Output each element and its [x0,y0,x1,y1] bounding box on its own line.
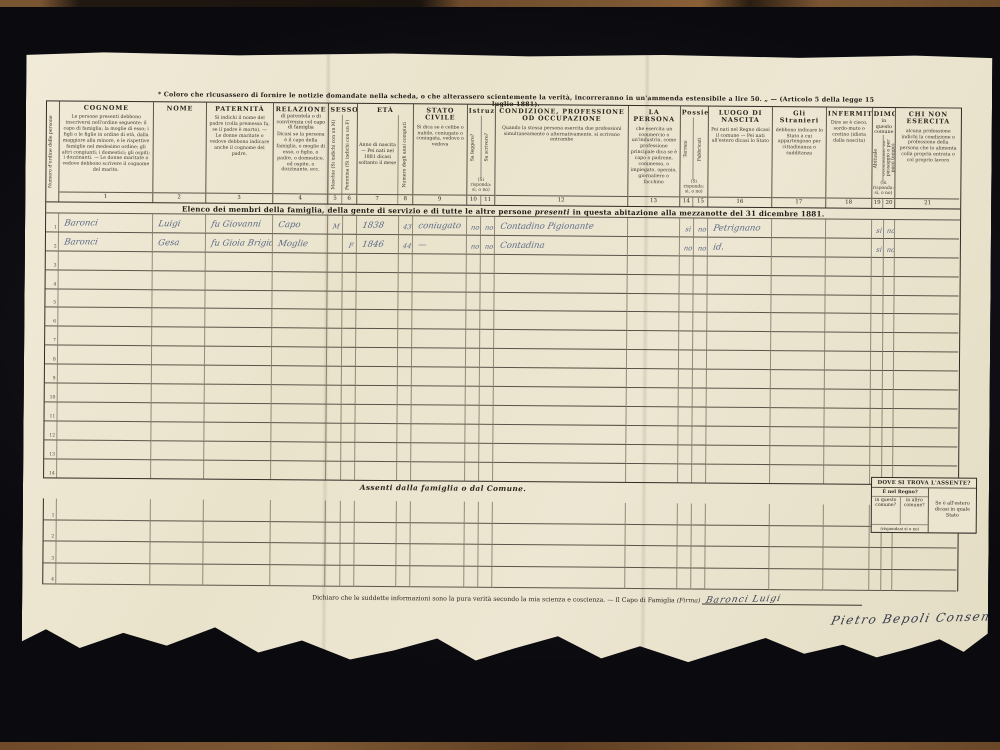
cell [706,464,770,483]
cell [466,254,480,273]
assenti-cell [203,521,270,543]
col-number-stato-civile: 9 [413,195,466,204]
cell [327,329,341,348]
col-number-sa-scrivere: 11 [481,196,495,205]
assenti-cell [270,543,326,565]
assenti-row-number: 3 [43,556,55,562]
header-col-cognome: COGNOMELe persone presenti debbono inscr… [59,101,154,202]
cell [343,216,357,235]
cell [871,333,883,352]
cell [480,387,494,406]
cell: no [694,218,708,237]
cell [412,386,466,405]
cell [152,346,205,365]
cell [825,371,871,390]
cell [494,387,627,407]
cell [412,330,466,349]
cell [626,369,678,388]
cell [271,442,327,461]
assenti-cell [410,544,464,566]
header-num-nome: 2 [153,192,205,202]
cell: sì [871,239,883,258]
header-col-dimora: DIMORAin questo comuneAbitualeOccasional… [872,108,897,208]
col-number-chi-non-esercita: 21 [896,199,960,209]
assenti-cell [881,548,893,570]
cell: Baronci [59,213,153,233]
wood-shelf-bottom [0,742,1000,750]
cell [771,314,825,333]
cell: Contadina [495,236,628,256]
cell [57,440,151,460]
cell [466,330,480,349]
cell [342,272,356,291]
header-subcol-sesso-m: Maschio (Si indichi con un M) [329,115,343,194]
cell [153,252,206,271]
ordine-label: Numero d'ordine delle persone [50,115,55,188]
cell [771,332,825,351]
header-col-la-persona: LA PERSONAche esercita un commercio o un… [628,106,681,206]
cell [693,332,707,351]
assenti-grid: 1234 [42,498,959,591]
header-num-cognome: 1 [59,191,152,202]
header-col-condizione: CONDIZIONE, PROFESSIONE OD OCCUPAZIONEQu… [495,105,628,206]
assenti-cell-ordine: 1 [44,498,57,520]
header-desc-cognome: Le persone presenti debbono inscriversi … [59,113,153,192]
assenti-cell-ordine: 4 [43,563,56,585]
cell [328,291,342,310]
cell [772,238,826,257]
header-num-luogo-nascita: 16 [708,197,771,207]
cell [824,408,870,427]
handwritten-entry: Gesa [153,239,180,251]
cell: no [481,217,495,236]
header-subcols-istruzione: Sa leggere?Sa scrivere? [467,116,495,178]
col-number-relazione: 4 [273,194,328,203]
table-header: Numero d'ordine delle personeCOGNOMELe p… [46,101,961,209]
assenti-cell [824,504,870,526]
assenti-cell [57,498,151,520]
cell [327,423,341,442]
cell [397,386,411,405]
assenti-cell [340,544,354,566]
assenti-cell [56,563,150,585]
cell [895,258,959,277]
cell: no [883,220,895,239]
cell [341,442,355,461]
assenti-cell [493,523,626,546]
cell [627,331,679,350]
handwritten-entry: 1846 [357,241,385,253]
assenti-cell [691,568,705,590]
header-title-istruzione: Istruzione [468,105,495,117]
cell [894,428,958,447]
handwritten-entry: Baronci [59,220,99,232]
assenti-cell [770,526,824,548]
cell [328,310,342,329]
cell [479,406,493,425]
handwritten-entry: F [342,243,356,253]
cell [398,254,412,273]
cell [771,370,825,389]
col-number-cognome: 1 [59,192,152,202]
rows-area: 1BaronciLuigifu GiovanniCapoM183843coniu… [44,213,960,485]
assenti-cell [478,545,492,567]
subcol-label-sesso-f: Femmina (Si indichi con un F) [347,119,352,189]
assenti-cell [823,547,869,569]
cell [771,389,825,408]
assenti-cell [410,523,464,545]
header-subcols-dimora: AbitualeOccasionale (di passaggio o per … [872,135,895,181]
cell [151,403,204,422]
cell [825,314,871,333]
cell [824,465,870,484]
cell [411,405,465,424]
cell [824,446,870,465]
header-num-stato-civile: 9 [413,194,466,204]
assenti-cell [340,501,354,523]
header-col-stranieri: Gli Stranieridebbono indicare lo Stato a… [772,107,827,207]
row-number: 2 [46,244,58,250]
cell [465,387,479,406]
cell: no [481,236,495,255]
assenti-cell [493,502,626,525]
header-subcols-possiede: TerreniFabbricati [680,118,708,180]
header-subcols-sesso: Maschio (Si indichi con un M)Femmina (Si… [329,115,357,194]
header-col-luogo-nascita: LUOGO DI NASCITAPei nati nel Regno dicas… [708,107,773,207]
handwritten-entry: no [883,247,895,257]
cell: Luigi [153,214,206,233]
handwritten-entry: — [413,242,428,254]
col-number-sesso-m: 5 [329,195,343,204]
assenti-cell-ordine: 3 [43,541,56,563]
cell [152,384,205,403]
handwritten-entry: fu Gioia Brigidi [206,240,273,252]
cell [271,404,327,423]
cell [341,461,355,480]
cell [398,367,412,386]
cell [152,328,205,347]
cell: fu Gioia Brigidi [206,234,273,253]
cell [708,256,772,275]
regno-label: È nel Regno? [872,488,928,497]
assenti-cell [151,499,204,521]
cell [627,350,679,369]
subcol-label-eta-anno: Anno di nascita — Pei nati nel 1881 dica… [357,142,397,168]
assenti-cell [465,502,479,524]
cell [770,427,824,446]
header-subcol-eta-anno: Anno di nascita — Pei nati nel 1881 dica… [357,115,399,194]
assenti-cell [203,564,270,586]
assenti-cell [677,503,691,525]
assenti-cell [464,523,478,545]
col-number-nome: 2 [153,193,205,202]
assenti-cell [479,523,493,545]
cell [707,370,771,389]
header-subtitle-dimora: in questo comune [872,119,895,135]
col-number-luogo-nascita: 16 [708,198,771,207]
firma-label: (Firma) [677,597,701,604]
header-num-eta: 78 [357,194,412,204]
cell: sì [680,218,694,237]
cell [152,271,205,290]
cell [479,425,493,444]
cell [328,253,342,272]
cell [871,352,883,371]
header-col-possiede: PossiedeTerreniFabbricati(Si risponda: s… [680,106,709,206]
header-col-relazione: RELAZIONEdi parentela o di convivenza co… [273,103,330,203]
cell [355,442,397,461]
cell [204,422,271,441]
census-sheet: * Coloro che ricusassero di fornire le n… [22,46,993,674]
col-number-dimora-abituale: 19 [872,199,883,208]
header-num-chi-non-esercita: 21 [896,198,960,209]
cell [151,441,204,460]
cell [770,408,824,427]
header-num-stranieri: 17 [772,197,825,207]
cell [356,310,398,329]
cell [826,257,872,276]
header-col-ordine: Numero d'ordine delle persone [46,101,60,201]
header-title-paternita: PATERNITÀ [207,103,273,115]
header-title-relazione: RELAZIONE [274,103,329,115]
cell [412,311,466,330]
cell [465,406,479,425]
cell [870,371,882,390]
cell [466,273,480,292]
handwritten-entry: no [680,245,694,255]
header-num-paternita: 3 [206,193,272,204]
cell [883,296,895,315]
questo-comune-label: in questo comune? [872,497,901,524]
cell-ordine: 9 [45,364,58,383]
cell [466,292,480,311]
cell [466,349,480,368]
cell [692,426,706,445]
header-title-sesso: SESSO [329,104,356,116]
assenti-cell [677,546,691,568]
cell [772,276,826,295]
cell [883,258,895,277]
subcol-label-terreni: Terreni [684,140,689,157]
cell [883,277,895,296]
cell-ordine: 10 [45,383,58,402]
subcol-label-dimora-occasionale: Occasionale (di passaggio o per poco tem… [883,135,895,181]
cell [693,275,707,294]
col-number-sa-leggere: 10 [467,196,481,205]
cell-ordine: 12 [44,421,57,440]
cell [894,371,958,390]
cell [341,423,355,442]
handwritten-entry: 43 [399,224,413,234]
cell [771,351,825,370]
cell [57,459,151,479]
col-number-terreni: 14 [680,197,694,206]
header-subcol-sesso-f: Femmina (Si indichi con un F) [342,115,356,194]
assenti-cell [823,569,869,591]
cell [342,329,356,348]
header-subcol-dimora-abituale: Abituale [872,135,884,181]
cell [707,389,771,408]
header-title-dimora: DIMORA [873,108,896,120]
cell [628,218,680,237]
cell [895,296,959,315]
cell [152,365,205,384]
cell [479,443,493,462]
cell [707,332,771,351]
cell [272,347,328,366]
cell [494,330,627,350]
assenti-cell [326,522,340,544]
cell [58,327,152,347]
cell [412,348,466,367]
cell: Capo [273,215,329,234]
cell [479,462,493,481]
header-desc-condizione: Quando la stessa persona esercita due pr… [495,124,627,196]
cell-ordine: 8 [45,346,58,365]
assenti-cell [625,567,677,589]
cell [627,256,679,275]
assenti-cell [326,565,340,587]
cell [679,369,693,388]
header-desc-chi-non-esercita: alcuna professione indichi la condizione… [896,127,961,199]
subcol-label-sa-scrivere: Sa scrivere? [485,133,490,162]
cell [466,368,480,387]
handwritten-entry: no [467,244,481,254]
header-col-sesso: SESSOMaschio (Si indichi con un M)Femmin… [329,104,358,204]
assenti-cell [692,503,706,525]
cell [272,291,328,310]
cell [825,390,871,409]
cell [356,348,398,367]
header-desc-stranieri: debbono indicare lo Stato a cui apparten… [772,126,825,198]
header-title-possiede: Possiede [681,106,708,118]
cell [205,271,272,290]
cell [871,277,883,296]
cell [895,220,959,239]
cell [355,461,397,480]
dove-box-regno-section: È nel Regno? in questo comune? in altro … [872,488,930,532]
assenti-cell [270,522,326,544]
cell [825,333,871,352]
handwritten-entry: sì [680,226,694,236]
assenti-cell [492,566,625,589]
cell [465,424,479,443]
cell [770,446,824,465]
header-desc-nome [153,114,206,193]
col-number-eta-anni: 8 [398,195,412,204]
header-subcol-dimora-occasionale: Occasionale (di passaggio o per poco tem… [883,135,895,181]
row-number: 10 [45,395,57,401]
handwritten-entry: no [481,225,495,235]
header-col-nome: NOME2 [153,102,207,202]
handwritten-entry: fu Giovanni [206,221,262,233]
col-number-sesso-f: 6 [342,195,356,204]
handwritten-entry: sì [872,228,884,238]
cell [894,352,958,371]
header-title-eta: ETÀ [358,104,413,116]
header-col-infermita: INFERMITÀDire se è cieco, sordo-muto o c… [826,108,872,208]
firma-line: Baronci Luigi [702,596,862,606]
assenti-cell [705,547,769,569]
header-desc-stato-civile: Si dica se è celibe o nubile, coniugato … [413,123,466,195]
header-num-istruzione: 1011 [467,195,494,205]
row-number: 13 [44,452,56,458]
cell [480,311,494,330]
handwritten-entry: no [694,245,708,255]
assenti-cell [396,544,410,566]
cell [398,273,412,292]
header-title-stato-civile: STATO CIVILE [414,104,467,123]
assenti-cell [691,525,705,547]
cell [342,253,356,272]
assenti-cell [326,544,340,566]
handwritten-entry: sì [871,247,883,257]
assenti-cell [464,566,478,588]
header-note-dimora: (Si risponda: sì, o no) [872,181,895,198]
cell [480,273,494,292]
assenti-cell [625,524,677,546]
cell: no [680,237,694,256]
subcol-label-dimora-abituale: Abituale [875,148,880,168]
cell [356,291,398,310]
cell [706,445,770,464]
header-subcol-sa-scrivere: Sa scrivere? [481,116,495,178]
cell: id. [708,237,772,256]
cell [327,386,341,405]
cell [770,465,824,484]
header-title-chi-non-esercita: CHI NON ESERCITA [896,108,960,127]
assenti-cell [823,526,869,548]
cell: fu Giovanni [206,215,273,234]
wood-shelf-top [0,0,1000,7]
cell [679,275,693,294]
dove-box-body: È nel Regno? in questo comune? in altro … [872,488,976,533]
assenti-row-number: 4 [43,577,55,583]
header-title-nome: NOME [154,102,206,114]
cell [206,252,273,271]
cell [895,314,959,333]
cell-ordine: 13 [44,440,57,459]
rispondasi-note: (rispondasi sì o no) [872,524,928,532]
cell [494,368,627,388]
handwritten-entry: Baronci [59,239,99,251]
cell [895,277,959,296]
assenti-cell [706,504,770,526]
cell [692,445,706,464]
cell [678,464,692,483]
header-title-stranieri: Gli Stranieri [773,107,826,126]
cell [204,441,271,460]
header-desc-paternita: Si indichi il nome del padre (colla prem… [206,114,272,193]
cell [693,351,707,370]
cell [708,275,772,294]
cell [411,443,465,462]
cell [271,385,327,404]
estero-label: Se è all'estero dicasi in quale Stato [929,488,976,532]
cell [707,351,771,370]
cell [678,445,692,464]
handwritten-entry: 44 [399,243,413,253]
header-title-la-persona: LA PERSONA [629,106,680,125]
cell [57,383,151,403]
cell: 1846 [357,235,399,254]
cell [205,366,272,385]
assenti-cell [769,569,823,591]
row-number: 7 [45,339,57,345]
assenti-cell [677,568,691,590]
cell-ordine: 2 [46,232,59,251]
cell [694,256,708,275]
